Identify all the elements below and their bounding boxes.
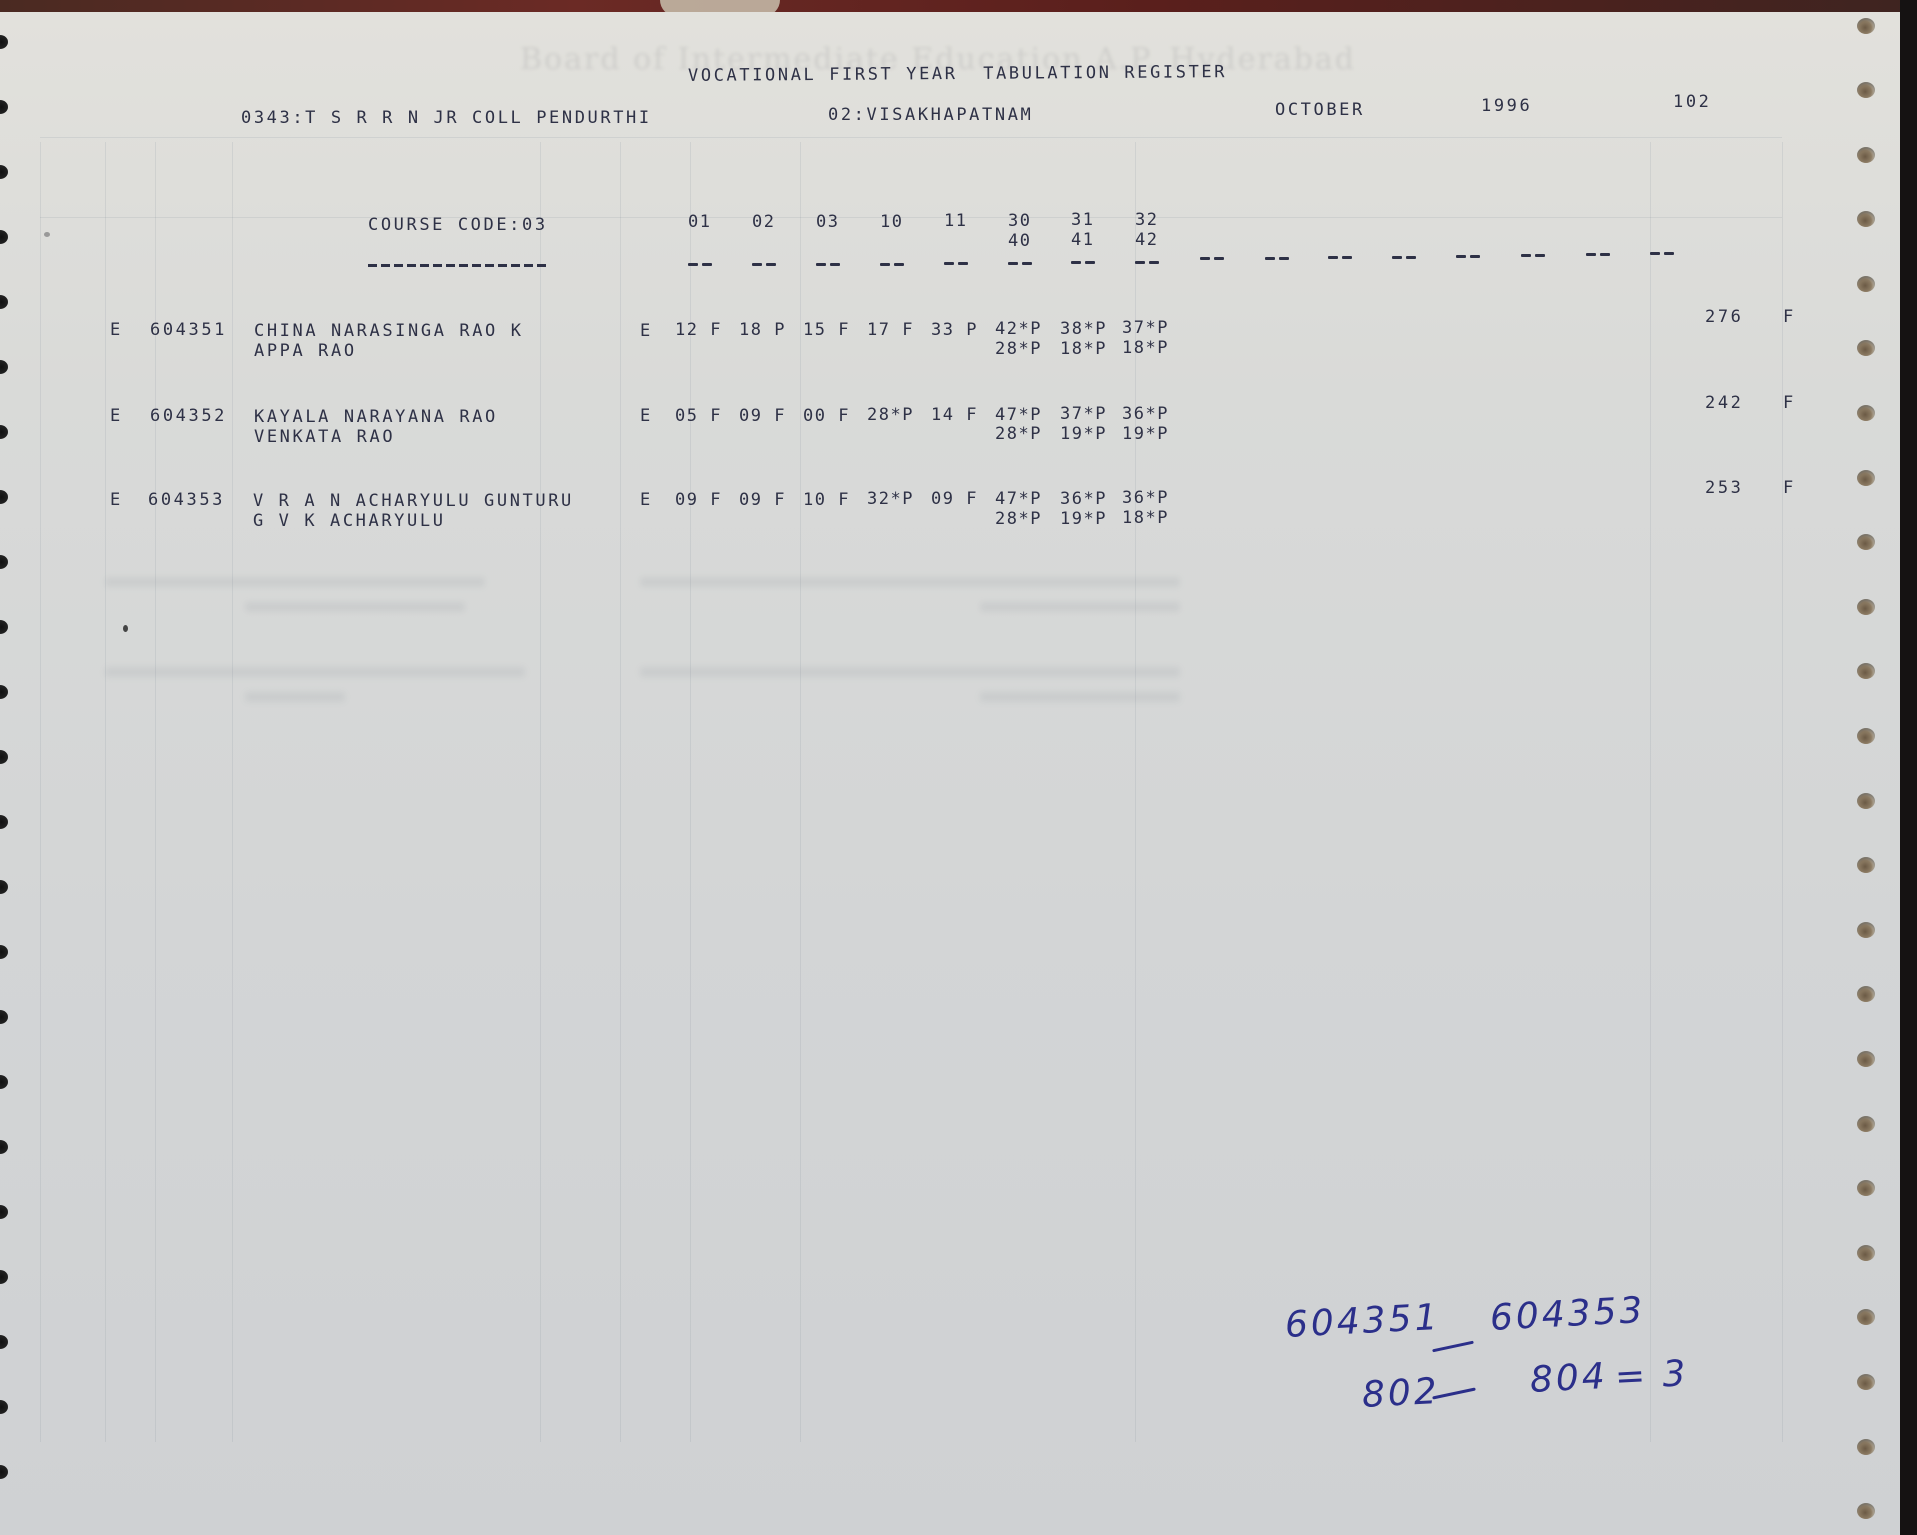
mark-cell: 28*P — [995, 424, 1042, 444]
sprocket-hole-icon — [1857, 1439, 1875, 1455]
sprocket-hole-icon — [1857, 147, 1875, 163]
column-dash — [1586, 253, 1612, 256]
column-dash — [1650, 252, 1676, 255]
sprocket-hole-icon — [1857, 1180, 1875, 1196]
column-dash — [688, 263, 714, 266]
sprocket-hole-icon — [1857, 1245, 1875, 1261]
college-name: 0343:T S R R N JR COLL PENDURTHI — [241, 108, 652, 128]
father-name: VENKATA RAO — [254, 427, 395, 447]
medium: E — [110, 490, 123, 510]
handwritten-range-end: 604353 — [1489, 1290, 1646, 1339]
handwritten-serial-end: 804 — [1529, 1356, 1609, 1401]
form-rule — [800, 142, 801, 1442]
medium: E — [110, 406, 123, 426]
mark-cell: 18*P — [1122, 338, 1169, 358]
mark-cell: 47*P — [995, 405, 1042, 425]
sprocket-hole-icon — [1857, 1309, 1875, 1325]
exam-type: E — [640, 490, 653, 510]
page-number: 102 — [1673, 92, 1712, 112]
total-marks: 253 — [1705, 478, 1744, 498]
student-name: KAYALA NARAYANA RAO — [254, 407, 498, 427]
mark-cell: 09 F — [739, 490, 786, 510]
bleed-through-row — [640, 667, 1180, 677]
register-title: VOCATIONAL FIRST YEAR TABULATION REGISTE… — [688, 62, 1227, 86]
result: F — [1783, 307, 1796, 327]
total-marks: 276 — [1705, 307, 1744, 327]
mark-cell: 38*P — [1060, 319, 1107, 339]
handwritten-count: = 3 — [1614, 1353, 1690, 1398]
student-name: V R A N ACHARYULU GUNTURU — [253, 491, 574, 511]
form-rule — [540, 142, 541, 1442]
form-rule — [40, 142, 41, 1442]
mark-cell: 19*P — [1060, 509, 1107, 529]
total-marks: 242 — [1705, 393, 1744, 413]
district-name: 02:VISAKHAPATNAM — [828, 105, 1033, 125]
form-rule — [1650, 142, 1651, 1442]
father-name: APPA RAO — [254, 341, 357, 361]
course-code-underline — [368, 264, 548, 267]
sprocket-hole-icon — [1857, 728, 1875, 744]
medium: E — [110, 320, 123, 340]
column-dash — [1008, 262, 1034, 265]
mark-cell: 28*P — [867, 405, 914, 425]
sprocket-hole-icon — [1857, 470, 1875, 486]
column-dash — [944, 262, 970, 265]
sprocket-hole-icon — [1857, 1051, 1875, 1067]
mark-cell: 10 F — [803, 490, 850, 510]
column-dash — [1328, 256, 1354, 259]
sprocket-hole-icon — [1857, 405, 1875, 421]
mark-cell: 05 F — [675, 406, 722, 426]
column-dash — [1392, 256, 1418, 259]
hall-ticket-number: 604353 — [148, 490, 225, 510]
mark-cell: 32*P — [867, 489, 914, 509]
mark-cell: 42*P — [995, 319, 1042, 339]
sprocket-hole-icon — [1857, 599, 1875, 615]
mark-cell: 47*P — [995, 489, 1042, 509]
subject-code: 03 — [816, 212, 839, 232]
sprocket-hole-icon — [1857, 986, 1875, 1002]
mark-cell: 14 F — [931, 405, 978, 425]
bleed-through-row — [245, 692, 345, 702]
mark-cell: 12 F — [675, 320, 722, 340]
mark-cell: 37*P — [1122, 318, 1169, 338]
mark-cell: 36*P — [1122, 488, 1169, 508]
exam-type: E — [640, 321, 653, 341]
sprocket-hole-icon — [1857, 82, 1875, 98]
column-dash — [1265, 257, 1291, 260]
mark-cell: 18*P — [1060, 339, 1107, 359]
mark-cell: 17 F — [867, 320, 914, 340]
subject-code: 40 — [1008, 231, 1031, 251]
mark-cell: 09 F — [675, 490, 722, 510]
hall-ticket-number: 604352 — [150, 406, 227, 426]
exam-month: OCTOBER — [1275, 100, 1365, 120]
subject-code: 01 — [688, 212, 711, 232]
sprocket-hole-icon — [1857, 1374, 1875, 1390]
mark-cell: 37*P — [1060, 404, 1107, 424]
marks-grid: 09 F 09 F 10 F 32*P 09 F 47*P 36*P 36*P … — [0, 0, 61, 260]
column-dash — [880, 263, 906, 266]
subject-code: 31 — [1071, 210, 1094, 230]
form-rule — [40, 217, 1782, 218]
bleed-through-row — [980, 602, 1180, 612]
bleed-through-row — [980, 692, 1180, 702]
form-rule — [1782, 142, 1783, 1442]
form-rule — [232, 142, 233, 1442]
mark-cell: 36*P — [1060, 489, 1107, 509]
column-dash — [752, 263, 778, 266]
column-dash — [1071, 261, 1097, 264]
mark-cell: 18 P — [739, 320, 786, 340]
column-dash — [1135, 261, 1161, 264]
subject-code: 41 — [1071, 230, 1094, 250]
sprocket-hole-icon — [1857, 922, 1875, 938]
mark-cell: 09 F — [931, 489, 978, 509]
sprocket-hole-icon — [1857, 857, 1875, 873]
subject-code: 30 — [1008, 211, 1031, 231]
column-dash — [1200, 257, 1226, 260]
mark-cell: 36*P — [1122, 404, 1169, 424]
sprocket-hole-icon — [1857, 793, 1875, 809]
bleed-through-row — [640, 577, 1180, 587]
subject-code: 32 — [1135, 210, 1158, 230]
hall-ticket-number: 604351 — [150, 320, 227, 340]
result: F — [1783, 478, 1796, 498]
exam-year: 1996 — [1481, 96, 1532, 116]
mark-cell: 19*P — [1122, 424, 1169, 444]
paper-speck — [123, 625, 128, 632]
student-name: CHINA NARASINGA RAO K — [254, 321, 524, 341]
mark-cell: 19*P — [1060, 424, 1107, 444]
sprocket-hole-icon — [1857, 663, 1875, 679]
sprocket-hole-icon — [1857, 276, 1875, 292]
course-code-label: COURSE CODE:03 — [368, 215, 548, 235]
father-name: G V K ACHARYULU — [253, 511, 446, 531]
subject-code: 10 — [880, 212, 903, 232]
sprocket-hole-icon — [1857, 211, 1875, 227]
exam-type: E — [640, 406, 653, 426]
mark-cell: 28*P — [995, 339, 1042, 359]
column-dash — [816, 263, 842, 266]
column-dash — [1456, 255, 1482, 258]
sprocket-hole-icon — [1857, 1116, 1875, 1132]
sprocket-hole-icon — [1857, 18, 1875, 34]
sprocket-hole-icon — [1857, 340, 1875, 356]
column-dash — [1521, 254, 1547, 257]
mark-cell: 18*P — [1122, 508, 1169, 528]
mark-cell: 00 F — [803, 406, 850, 426]
sprocket-hole-icon — [1857, 534, 1875, 550]
mark-cell: 09 F — [739, 406, 786, 426]
form-rule — [40, 137, 1782, 138]
mark-cell: 28*P — [995, 509, 1042, 529]
background-dark-edge — [1900, 0, 1917, 1535]
result: F — [1783, 393, 1796, 413]
subject-code: 11 — [944, 211, 967, 231]
handwritten-range-start: 604351 — [1284, 1297, 1441, 1346]
form-rule — [620, 142, 621, 1442]
subject-code: 42 — [1135, 230, 1158, 250]
bleed-through-row — [105, 667, 525, 677]
form-rule — [105, 142, 106, 1442]
bleed-through-row — [245, 602, 465, 612]
bleed-through-row — [105, 577, 485, 587]
sprocket-hole-icon — [1857, 1503, 1875, 1519]
mark-cell: 33 P — [931, 320, 978, 340]
subject-code: 02 — [752, 212, 775, 232]
mark-cell: 15 F — [803, 320, 850, 340]
handwritten-serial-start: 802 — [1361, 1371, 1441, 1416]
